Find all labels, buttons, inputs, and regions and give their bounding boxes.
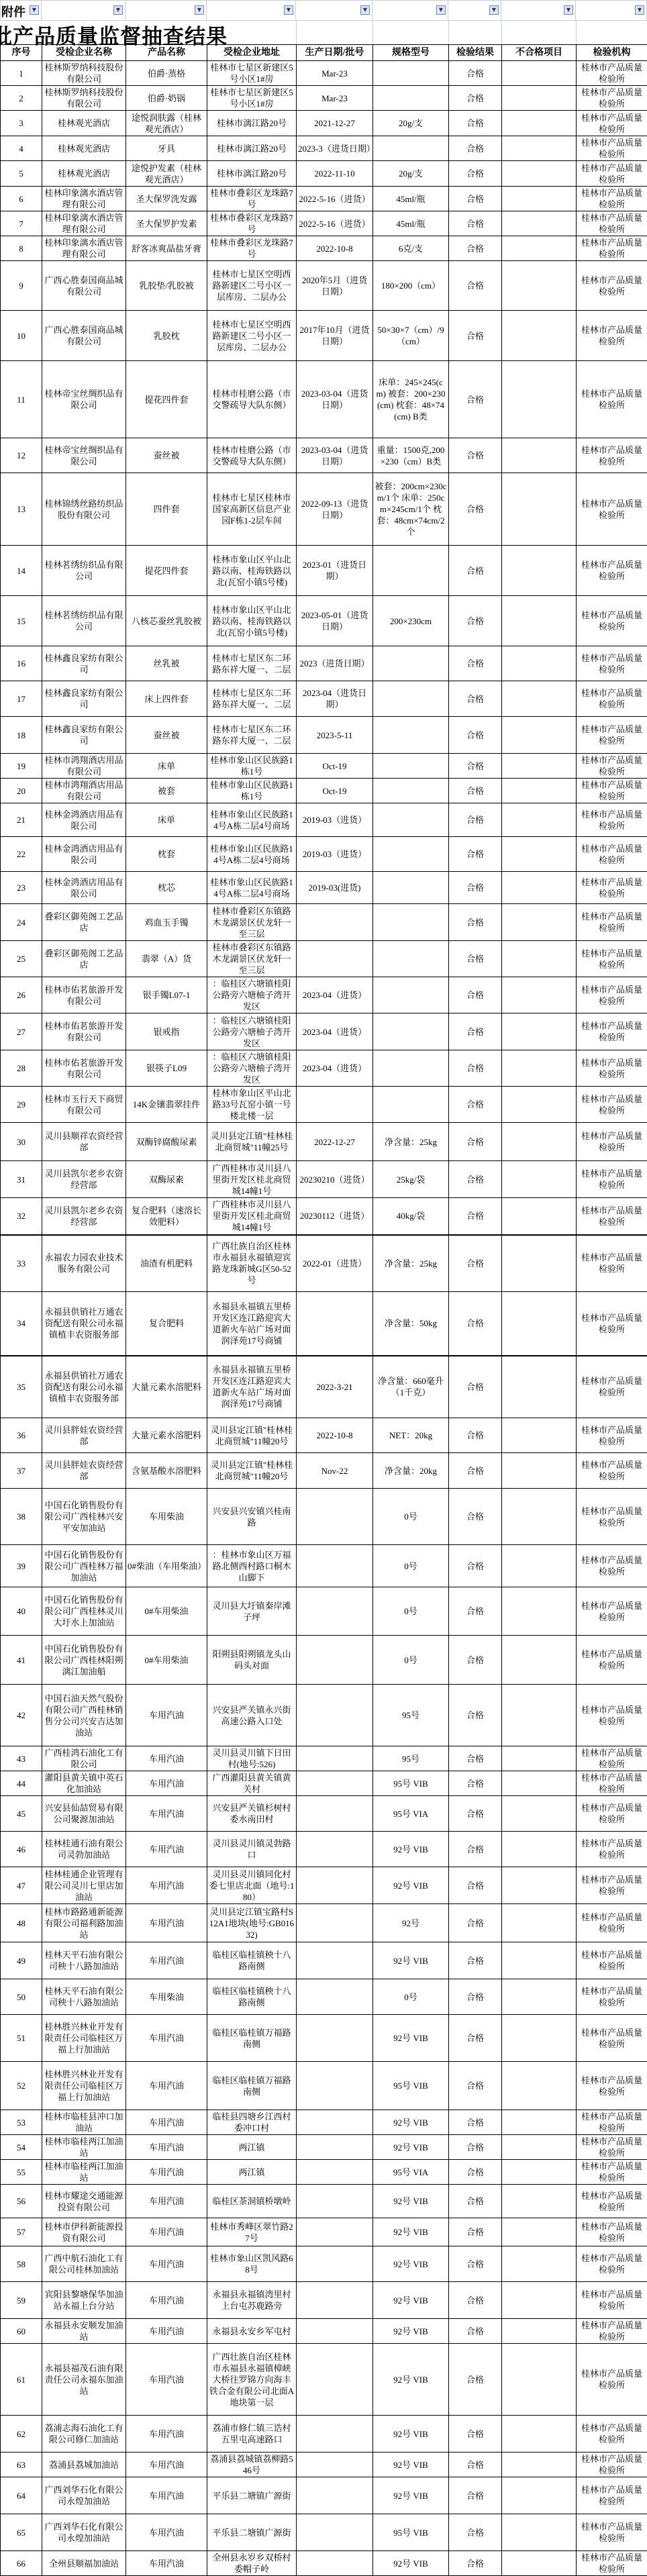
cell-seq-no: 33 xyxy=(1,1235,42,1292)
cell-spec-model xyxy=(373,646,449,681)
cell-product-name: 14K金镶翡翠挂件 xyxy=(126,1087,207,1123)
cell-inspection-result: 合格 xyxy=(449,2015,502,2062)
table-row: 28桂林市佑茗旅游开发有限公司银筷子L09：临桂区六塘镇桂阳公路旁六塘柚子湾开发… xyxy=(1,1050,647,1087)
cell-production-date xyxy=(297,2185,373,2218)
cell-product-name: 翡翠（A）货 xyxy=(126,941,207,977)
cell-production-date xyxy=(297,1979,373,2015)
cell-failed-items xyxy=(502,2218,577,2246)
cell-seq-no: 61 xyxy=(1,2344,42,2416)
cell-company-name: 叠彩区御苑阁工艺品店 xyxy=(42,904,126,941)
cell-inspection-agency: 桂林市产品质量检验所 xyxy=(577,1013,647,1050)
cell-seq-no: 43 xyxy=(1,1746,42,1771)
cell-inspection-result: 合格 xyxy=(449,136,502,161)
title-row: 批产品质量监督抽查结果 xyxy=(0,21,647,44)
cell-spec-model: 95号 VIA xyxy=(373,1796,449,1832)
table-row: 5桂林观光酒店途悦护发素（桂林观光酒店）桂林市漓江路20号2022-11-102… xyxy=(1,161,647,187)
cell-inspection-agency: 桂林市产品质量检验所 xyxy=(577,1198,647,1235)
cell-product-name: 车用汽油 xyxy=(126,1771,207,1796)
cell-product-name: 0#车用柴油 xyxy=(126,1587,207,1636)
filter-dropdown-button[interactable]: ▼ xyxy=(195,5,204,15)
column-header: 不合格项目 xyxy=(502,45,577,61)
cell-failed-items xyxy=(502,1489,577,1545)
cell-company-name: 桂林帝宝丝绸织品有限公司 xyxy=(42,438,126,473)
cell-failed-items xyxy=(502,2062,577,2110)
cell-failed-items xyxy=(502,1356,577,1418)
cell-seq-no: 9 xyxy=(1,261,42,311)
table-row: 50桂林天平石油有限公司秧十八路加油站车用柴油临桂区临桂镇秧十八路南侧0号合格桂… xyxy=(1,1979,647,2015)
chevron-down-icon: ▼ xyxy=(492,7,496,13)
cell-seq-no: 41 xyxy=(1,1636,42,1685)
cell-spec-model xyxy=(373,803,449,837)
cell-inspection-agency: 桂林市产品质量检验所 xyxy=(577,187,647,211)
cell-product-name: 蚕丝被 xyxy=(126,717,207,754)
cell-company-name: 桂林市临桂两江加油站 xyxy=(42,2135,126,2160)
filter-dropdown-button[interactable]: ▼ xyxy=(284,5,293,15)
cell-spec-model: 92号 VIB xyxy=(373,2185,449,2218)
cell-spec-model: 0号 xyxy=(373,1545,449,1587)
cell-inspection-result: 合格 xyxy=(449,236,502,261)
cell-seq-no: 13 xyxy=(1,473,42,546)
cell-product-name: 提花四件套 xyxy=(126,546,207,596)
cell-product-name: 丝乳被 xyxy=(126,646,207,681)
cell-failed-items xyxy=(502,1867,577,1904)
cell-failed-items xyxy=(502,438,577,473)
filter-dropdown-button[interactable]: ▼ xyxy=(360,5,370,15)
cell-seq-no: 36 xyxy=(1,1418,42,1453)
cell-company-address: 兴安县兴安镇兴桂南路 xyxy=(207,1489,297,1545)
cell-inspection-agency: 桂林市产品质量检验所 xyxy=(577,2416,647,2453)
cell-product-name: 圣大保罗洗发露 xyxy=(126,187,207,211)
cell-failed-items xyxy=(502,1904,577,1942)
cell-failed-items xyxy=(502,1123,577,1161)
cell-seq-no: 53 xyxy=(1,2110,42,2135)
cell-seq-no: 11 xyxy=(1,361,42,438)
cell-spec-model xyxy=(373,546,449,596)
cell-production-date xyxy=(297,2453,373,2477)
cell-inspection-agency: 桂林市产品质量检验所 xyxy=(577,1356,647,1418)
cell-production-date: 20230112（进货） xyxy=(297,1198,373,1235)
cell-company-address: 桂林市七星区新建区5号小区1#房 xyxy=(207,61,297,86)
cell-inspection-result: 合格 xyxy=(449,1235,502,1292)
cell-production-date xyxy=(297,2062,373,2110)
table-row: 4桂林观光酒店牙具桂林市漓江路20号2023-3（进货日期）合格桂林市产品质量检… xyxy=(1,136,647,161)
cell-inspection-agency: 桂林市产品质量检验所 xyxy=(577,2246,647,2282)
cell-spec-model xyxy=(373,1013,449,1050)
cell-inspection-agency: 桂林市产品质量检验所 xyxy=(577,1453,647,1489)
cell-inspection-result: 合格 xyxy=(449,311,502,361)
cell-spec-model xyxy=(373,681,449,717)
cell-company-address: 桂林市象山区平山北路33号瓦窑小镇一号楼北楼一层 xyxy=(207,1087,297,1123)
cell-seq-no: 26 xyxy=(1,977,42,1013)
cell-failed-items xyxy=(502,1587,577,1636)
cell-company-name: 永福农力园农业技术服务有限公司 xyxy=(42,1235,126,1292)
cell-production-date: 2022-10-8 xyxy=(297,236,373,261)
cell-product-name: 提花四件套 xyxy=(126,361,207,438)
cell-production-date xyxy=(297,1904,373,1942)
cell-failed-items xyxy=(502,1198,577,1235)
cell-inspection-result: 合格 xyxy=(449,2514,502,2551)
cell-company-address: 桂林市七星区空明西路新建区二号小区一层库房、二层办公 xyxy=(207,261,297,311)
cell-product-name: 油渣有机肥料 xyxy=(126,1235,207,1292)
cell-inspection-result: 合格 xyxy=(449,1418,502,1453)
cell-production-date xyxy=(297,2160,373,2185)
chevron-down-icon: ▼ xyxy=(287,7,291,13)
table-row: 32灵川县凯尔老乡农资经营部复合肥料（速溶长效肥料）广西桂林市灵川县八里街开发区… xyxy=(1,1198,647,1235)
cell-company-name: 宾阳县黎塘保华加油站永福上台分站 xyxy=(42,2282,126,2319)
cell-company-name: 桂林锦绣丝路纺织品股份有限公司 xyxy=(42,473,126,546)
cell-company-name: 桂林市临桂两江加油站 xyxy=(42,2160,126,2185)
cell-inspection-result: 合格 xyxy=(449,1796,502,1832)
cell-inspection-agency: 桂林市产品质量检验所 xyxy=(577,1979,647,2015)
cell-seq-no: 10 xyxy=(1,311,42,361)
table-row: 40中国石化销售股份有限公司广西桂林灵川大圩水上加油站0#车用柴油灵川县大圩镇秦… xyxy=(1,1587,647,1636)
cell-seq-no: 54 xyxy=(1,2135,42,2160)
cell-company-name: 桂林斯罗纳科技股份有限公司 xyxy=(42,61,126,86)
cell-product-name: 途悦润肤露（桂林观光酒店） xyxy=(126,111,207,136)
cell-seq-no: 2 xyxy=(1,86,42,111)
cell-inspection-result: 合格 xyxy=(449,779,502,803)
cell-company-name: 桂林市鸿翔酒店用品有限公司 xyxy=(42,754,126,779)
cell-failed-items xyxy=(502,1979,577,2015)
table-row: 33永福农力园农业技术服务有限公司油渣有机肥料广西壮族自治区桂林市永福县永福镇迎… xyxy=(1,1235,647,1292)
cell-company-name: 全州县顺福加油站 xyxy=(42,2551,126,2576)
cell-spec-model xyxy=(373,754,449,779)
cell-product-name: 四件套 xyxy=(126,473,207,546)
cell-production-date: 2017年10月（进货日期） xyxy=(297,311,373,361)
filter-cell: ▼ xyxy=(501,1,576,20)
cell-inspection-result: 合格 xyxy=(449,2110,502,2135)
cell-product-name: 车用汽油 xyxy=(126,2135,207,2160)
filter-dropdown-button[interactable]: ▼ xyxy=(436,5,446,15)
cell-company-address: 广西桂林市灵川县八里街开发区桂北商贸城14幢1号 xyxy=(207,1161,297,1198)
cell-spec-model: 92号 VIB xyxy=(373,2015,449,2062)
filter-dropdown-button[interactable]: ▼ xyxy=(113,5,123,15)
filter-dropdown-button[interactable]: ▼ xyxy=(635,5,644,15)
filter-dropdown-button[interactable]: ▼ xyxy=(30,5,39,15)
filter-dropdown-button[interactable]: ▼ xyxy=(564,5,573,15)
cell-inspection-result: 合格 xyxy=(449,754,502,779)
cell-failed-items xyxy=(502,837,577,872)
gridline xyxy=(501,21,502,44)
cell-product-name: 0#柴油（车用柴油） xyxy=(126,1545,207,1587)
cell-inspection-result: 合格 xyxy=(449,837,502,872)
cell-production-date xyxy=(297,2246,373,2282)
cell-inspection-agency: 桂林市产品质量检验所 xyxy=(577,2062,647,2110)
cell-spec-model xyxy=(373,941,449,977)
cell-inspection-agency: 桂林市产品质量检验所 xyxy=(577,1867,647,1904)
cell-production-date xyxy=(297,2416,373,2453)
cell-product-name: 枕芯 xyxy=(126,872,207,904)
table-row: 11桂林帝宝丝绸织品有限公司提花四件套桂林市桂磨公路（市交警疏导大队东侧）202… xyxy=(1,361,647,438)
cell-product-name: 银筷子L09 xyxy=(126,1050,207,1087)
cell-inspection-agency: 桂林市产品质量检验所 xyxy=(577,136,647,161)
cell-company-address: 广西桂林市灵川县八里街开发区桂北商贸城14幢1号 xyxy=(207,1198,297,1235)
cell-company-address: 桂林市象山区凯风路68号 xyxy=(207,2246,297,2282)
cell-production-date xyxy=(297,1685,373,1746)
table-row: 25叠彩区御苑阁工艺品店翡翠（A）货桂林市叠彩区东镇路木龙湖景区伏龙轩一至三层合… xyxy=(1,941,647,977)
cell-seq-no: 52 xyxy=(1,2062,42,2110)
cell-company-address: 荔浦县荔城镇荔柳路546号 xyxy=(207,2453,297,2477)
cell-product-name: 车用汽油 xyxy=(126,2477,207,2514)
cell-failed-items xyxy=(502,977,577,1013)
table-row: 3桂林观光酒店途悦润肤露（桂林观光酒店）桂林市漓江路20号2021-12-272… xyxy=(1,111,647,136)
cell-seq-no: 20 xyxy=(1,779,42,803)
cell-inspection-agency: 桂林市产品质量检验所 xyxy=(577,646,647,681)
cell-company-address: 永福县永福镇五里桥开发区连江路迎宾大道新火车站广场对面润泽苑17号商铺 xyxy=(207,1356,297,1418)
cell-inspection-agency: 桂林市产品质量检验所 xyxy=(577,2015,647,2062)
cell-spec-model: 92号 VIB xyxy=(373,1942,449,1979)
cell-production-date: 2023-03-04（进货日期） xyxy=(297,438,373,473)
cell-production-date xyxy=(297,1636,373,1685)
cell-production-date xyxy=(297,2282,373,2319)
cell-seq-no: 25 xyxy=(1,941,42,977)
filter-dropdown-button[interactable]: ▼ xyxy=(489,5,499,15)
table-row: 45兴安县仙喆贸易有限公司聚源加油站车用汽油兴安县严关镇杉树村委水南田村95号 … xyxy=(1,1796,647,1832)
cell-spec-model: 0号 xyxy=(373,1489,449,1545)
cell-inspection-agency: 桂林市产品质量检验所 xyxy=(577,546,647,596)
cell-failed-items xyxy=(502,311,577,361)
cell-failed-items xyxy=(502,872,577,904)
cell-company-address: 灵川县灵川镇灵勃路口 xyxy=(207,1832,297,1867)
cell-product-name: 车用汽油 xyxy=(126,1867,207,1904)
cell-inspection-result: 合格 xyxy=(449,1942,502,1979)
cell-inspection-result: 合格 xyxy=(449,438,502,473)
cell-product-name: 银手镯L07-1 xyxy=(126,977,207,1013)
cell-company-name: 桂林市伊科新能源投资有限公司 xyxy=(42,2218,126,2246)
cell-production-date xyxy=(297,2477,373,2514)
cell-product-name: 车用柴油 xyxy=(126,1489,207,1545)
cell-company-name: 桂林天平石油有限公司秧十八路加油站 xyxy=(42,1942,126,1979)
cell-inspection-result: 合格 xyxy=(449,2477,502,2514)
cell-company-name: 桂林胜兴林业开发有限责任公司临桂区万福上行加油站 xyxy=(42,2062,126,2110)
cell-seq-no: 56 xyxy=(1,2185,42,2218)
cell-spec-model: 92号 VIB xyxy=(373,2282,449,2319)
cell-product-name: 车用汽油 xyxy=(126,1904,207,1942)
cell-inspection-result: 合格 xyxy=(449,361,502,438)
cell-company-address: 桂林市象山区民族路14号A栋二层4号商场 xyxy=(207,803,297,837)
cell-seq-no: 59 xyxy=(1,2282,42,2319)
cell-inspection-result: 合格 xyxy=(449,2319,502,2344)
filter-cell: ▼ xyxy=(372,1,448,20)
cell-seq-no: 46 xyxy=(1,1832,42,1867)
cell-production-date: 2019-03（进货） xyxy=(297,837,373,872)
cell-spec-model xyxy=(373,86,449,111)
cell-company-name: 广西中航石油化工有限公司桂林加油站 xyxy=(42,2246,126,2282)
cell-inspection-agency: 桂林市产品质量检验所 xyxy=(577,86,647,111)
cell-failed-items xyxy=(502,2185,577,2218)
cell-inspection-result: 合格 xyxy=(449,1746,502,1771)
cell-inspection-result: 合格 xyxy=(449,1867,502,1904)
cell-spec-model: 92号 VIB xyxy=(373,2344,449,2416)
cell-failed-items xyxy=(502,2015,577,2062)
cell-inspection-agency: 桂林市产品质量检验所 xyxy=(577,1796,647,1832)
cell-company-address: 临桂区茶洞镇桥墩岭 xyxy=(207,2185,297,2218)
cell-production-date: 2022-12-27 xyxy=(297,1123,373,1161)
cell-inspection-result: 合格 xyxy=(449,2416,502,2453)
cell-seq-no: 16 xyxy=(1,646,42,681)
cell-spec-model: 20g/支 xyxy=(373,161,449,187)
cell-inspection-result: 合格 xyxy=(449,2344,502,2416)
cell-inspection-agency: 桂林市产品质量检验所 xyxy=(577,261,647,311)
chevron-down-icon: ▼ xyxy=(116,7,120,13)
cell-spec-model: 25kg/袋 xyxy=(373,1161,449,1198)
cell-spec-model: 净含量：25kg xyxy=(373,1235,449,1292)
column-header: 生产日期/批号 xyxy=(297,45,373,61)
cell-inspection-result: 合格 xyxy=(449,1904,502,1942)
cell-failed-items xyxy=(502,136,577,161)
cell-failed-items xyxy=(502,681,577,717)
cell-company-address: 临桂区临桂镇秧十八路南侧 xyxy=(207,1979,297,2015)
cell-production-date xyxy=(297,2319,373,2344)
cell-inspection-result: 合格 xyxy=(449,261,502,311)
cell-company-address: 全州县永岁乡双桥村委帽子岭 xyxy=(207,2551,297,2576)
cell-seq-no: 55 xyxy=(1,2160,42,2185)
cell-product-name: 车用汽油 xyxy=(126,1685,207,1746)
cell-company-address: 两江镇 xyxy=(207,2135,297,2160)
cell-inspection-result: 合格 xyxy=(449,904,502,941)
cell-production-date xyxy=(297,2514,373,2551)
cell-seq-no: 3 xyxy=(1,111,42,136)
cell-failed-items xyxy=(502,211,577,236)
cell-product-name: 车用汽油 xyxy=(126,2160,207,2185)
table-row: 9广西心胜泰国商品城有限公司乳胶垫/乳胶被桂林市七星区空明西路新建区二号小区一层… xyxy=(1,261,647,311)
cell-production-date xyxy=(297,1796,373,1832)
table-row: 10广西心胜泰国商品城有限公司乳胶枕桂林市七星区空明西路新建区二号小区一层库房、… xyxy=(1,311,647,361)
cell-company-address: 临桂区临桂镇万福路南侧 xyxy=(207,2015,297,2062)
gridline xyxy=(576,21,577,44)
table-row: 12桂林帝宝丝绸织品有限公司蚕丝被桂林市桂磨公路（市交警疏导大队东侧）2023-… xyxy=(1,438,647,473)
cell-company-address: ：临桂区六塘镇桂阳公路旁六塘柚子湾开发区 xyxy=(207,977,297,1013)
cell-product-name: 车用汽油 xyxy=(126,2416,207,2453)
cell-production-date: Oct-19 xyxy=(297,779,373,803)
cell-seq-no: 45 xyxy=(1,1796,42,1832)
cell-seq-no: 60 xyxy=(1,2319,42,2344)
cell-inspection-agency: 桂林市产品质量检验所 xyxy=(577,1292,647,1356)
cell-spec-model: 200×230cm xyxy=(373,596,449,646)
cell-inspection-agency: 桂林市产品质量检验所 xyxy=(577,2453,647,2477)
filter-cell: ▼ xyxy=(296,1,372,20)
cell-spec-model: 重量：1500克,200×230（cm）B类 xyxy=(373,438,449,473)
cell-company-address: 永福县永福镇湾里村上台屯苏鹿路旁 xyxy=(207,2282,297,2319)
cell-production-date: 2022-01（进货） xyxy=(297,1235,373,1292)
cell-inspection-result: 合格 xyxy=(449,872,502,904)
cell-product-name: 被套 xyxy=(126,779,207,803)
cell-company-name: 桂林印象漓水酒店管理有限公司 xyxy=(42,211,126,236)
cell-inspection-result: 合格 xyxy=(449,211,502,236)
cell-company-address: 平乐县二塘镇广源街 xyxy=(207,2477,297,2514)
cell-company-address: 广西壮族自治区桂林市永福县永福镇樟峡大桥往罗锦方向海丰铁合金有限公司北面A地块第… xyxy=(207,2344,297,2416)
cell-company-name: 桂林观光酒店 xyxy=(42,136,126,161)
cell-inspection-result: 合格 xyxy=(449,546,502,596)
cell-production-date xyxy=(297,1746,373,1771)
cell-failed-items xyxy=(502,1545,577,1587)
cell-company-address: ：临桂区六塘镇桂阳公路旁六塘柚子湾开发区 xyxy=(207,1050,297,1087)
cell-company-address: 桂林市叠彩区龙珠路7号 xyxy=(207,211,297,236)
cell-production-date: 2022-11-10 xyxy=(297,161,373,187)
cell-failed-items xyxy=(502,261,577,311)
cell-seq-no: 65 xyxy=(1,2514,42,2551)
cell-inspection-agency: 桂林市产品质量检验所 xyxy=(577,1746,647,1771)
table-row: 21桂林金鸿酒店用品有限公司床单桂林市象山区民族路14号A栋二层4号商场2019… xyxy=(1,803,647,837)
cell-company-name: 广西心胜泰国商品城有限公司 xyxy=(42,261,126,311)
cell-spec-model: NET：20kg xyxy=(373,1418,449,1453)
cell-production-date xyxy=(297,1942,373,1979)
cell-failed-items xyxy=(502,646,577,681)
cell-failed-items xyxy=(502,1453,577,1489)
table-row: 23桂林金鸿酒店用品有限公司枕芯桂林市象山区民族路14号A栋二层4号商场2019… xyxy=(1,872,647,904)
cell-failed-items xyxy=(502,187,577,211)
cell-inspection-result: 合格 xyxy=(449,2135,502,2160)
cell-company-address: 桂林市叠彩区东镇路木龙湖景区伏龙轩一至三层 xyxy=(207,941,297,977)
cell-company-name: 桂林市耀途交通能源投资有限公司 xyxy=(42,2185,126,2218)
cell-inspection-result: 合格 xyxy=(449,596,502,646)
cell-spec-model: 45ml/瓶 xyxy=(373,211,449,236)
table-row: 1桂林斯罗纳科技股份有限公司伯爵·蒸格桂林市七星区新建区5号小区1#房Mar-2… xyxy=(1,61,647,86)
cell-inspection-agency: 桂林市产品质量检验所 xyxy=(577,438,647,473)
cell-company-address: 广西灌阳县黄关镇黄关村 xyxy=(207,1771,297,1796)
cell-company-name: 中国石化销售股份有限公司广西桂林万福加油站 xyxy=(42,1545,126,1587)
cell-company-name: 灵川县凯尔老乡农资经营部 xyxy=(42,1161,126,1198)
cell-failed-items xyxy=(502,2246,577,2282)
cell-company-name: 桂林金鸿酒店用品有限公司 xyxy=(42,803,126,837)
spreadsheet: 附件▼▼▼▼▼▼▼▼▼ 批产品质量监督抽查结果 序号受检企业名称产品名称受检企业… xyxy=(0,0,647,2576)
cell-company-address: 桂林市七星区东二环路东祥大厦一、二层 xyxy=(207,681,297,717)
cell-spec-model: 95号 xyxy=(373,1685,449,1746)
cell-production-date: 2019-03(进货) xyxy=(297,872,373,904)
cell-company-address: 永福县永福镇五里桥开发区连江路迎宾大道新火车站广场对面润泽苑17号商铺 xyxy=(207,1292,297,1356)
cell-company-name: 桂林市鸿翔酒店用品有限公司 xyxy=(42,779,126,803)
cell-seq-no: 22 xyxy=(1,837,42,872)
cell-product-name: 双酶锌腐酸尿素 xyxy=(126,1123,207,1161)
cell-failed-items xyxy=(502,1050,577,1087)
cell-spec-model xyxy=(373,779,449,803)
cell-inspection-agency: 桂林市产品质量检验所 xyxy=(577,779,647,803)
table-row: 26桂林市佑茗旅游开发有限公司银手镯L07-1：临桂区六塘镇桂阳公路旁六塘柚子湾… xyxy=(1,977,647,1013)
filter-cell: ▼ xyxy=(42,1,126,20)
gridline xyxy=(296,21,297,44)
cell-production-date: 2022-09-13（进货日期） xyxy=(297,473,373,546)
cell-seq-no: 37 xyxy=(1,1453,42,1489)
cell-seq-no: 1 xyxy=(1,61,42,86)
table-row: 19桂林市鸿翔酒店用品有限公司床单桂林市象山区民族路1栋1号Oct-19合格桂林… xyxy=(1,754,647,779)
cell-company-address: 桂林市象山区平山北路以南、桂海铁路以北(瓦窑小镇5号楼) xyxy=(207,546,297,596)
cell-company-address: 桂林市叠彩区东镇路木龙湖景区伏龙轩一至三层 xyxy=(207,904,297,941)
cell-product-name: 双酶尿素 xyxy=(126,1161,207,1198)
table-row: 49桂林天平石油有限公司秧十八路加油站车用汽油临桂区临桂镇秧十八路南侧92号 V… xyxy=(1,1942,647,1979)
cell-inspection-agency: 桂林市产品质量检验所 xyxy=(577,1587,647,1636)
cell-inspection-result: 合格 xyxy=(449,1087,502,1123)
table-row: 53桂林市临桂县冲口加油站车用汽油临桂县四塘乡江西村委冲口村92号 VIB合格桂… xyxy=(1,2110,647,2135)
cell-spec-model: 被套：200cm×230cm/1个 床单：250cm×245cm/1个 枕套：4… xyxy=(373,473,449,546)
cell-seq-no: 17 xyxy=(1,681,42,717)
cell-inspection-result: 合格 xyxy=(449,681,502,717)
cell-seq-no: 62 xyxy=(1,2416,42,2453)
table-row: 52桂林胜兴林业开发有限责任公司临桂区万福上行加油站车用汽油临桂区临桂镇万福路南… xyxy=(1,2062,647,2110)
cell-inspection-agency: 桂林市产品质量检验所 xyxy=(577,754,647,779)
cell-inspection-result: 合格 xyxy=(449,977,502,1013)
cell-production-date: 2023-5-11 xyxy=(297,717,373,754)
table-row: 2桂林斯罗纳科技股份有限公司伯爵·奶锅桂林市七星区新建区5号小区1#房Mar-2… xyxy=(1,86,647,111)
cell-company-name: 永福县供销社万通农资配送有限公司永福镇植丰农资服务部 xyxy=(42,1356,126,1418)
cell-seq-no: 63 xyxy=(1,2453,42,2477)
cell-product-name: 鸡血玉手镯 xyxy=(126,904,207,941)
cell-inspection-result: 合格 xyxy=(449,1123,502,1161)
cell-seq-no: 66 xyxy=(1,2551,42,2576)
cell-company-address: 临桂区临桂镇秧十八路南侧 xyxy=(207,1942,297,1979)
cell-seq-no: 34 xyxy=(1,1292,42,1356)
table-row: 13桂林锦绣丝路纺织品股份有限公司四件套桂林市七星区桂林市国家高新区信息产业园F… xyxy=(1,473,647,546)
table-row: 24叠彩区御苑阁工艺品店鸡血玉手镯桂林市叠彩区东镇路木龙湖景区伏龙轩一至三层合格… xyxy=(1,904,647,941)
